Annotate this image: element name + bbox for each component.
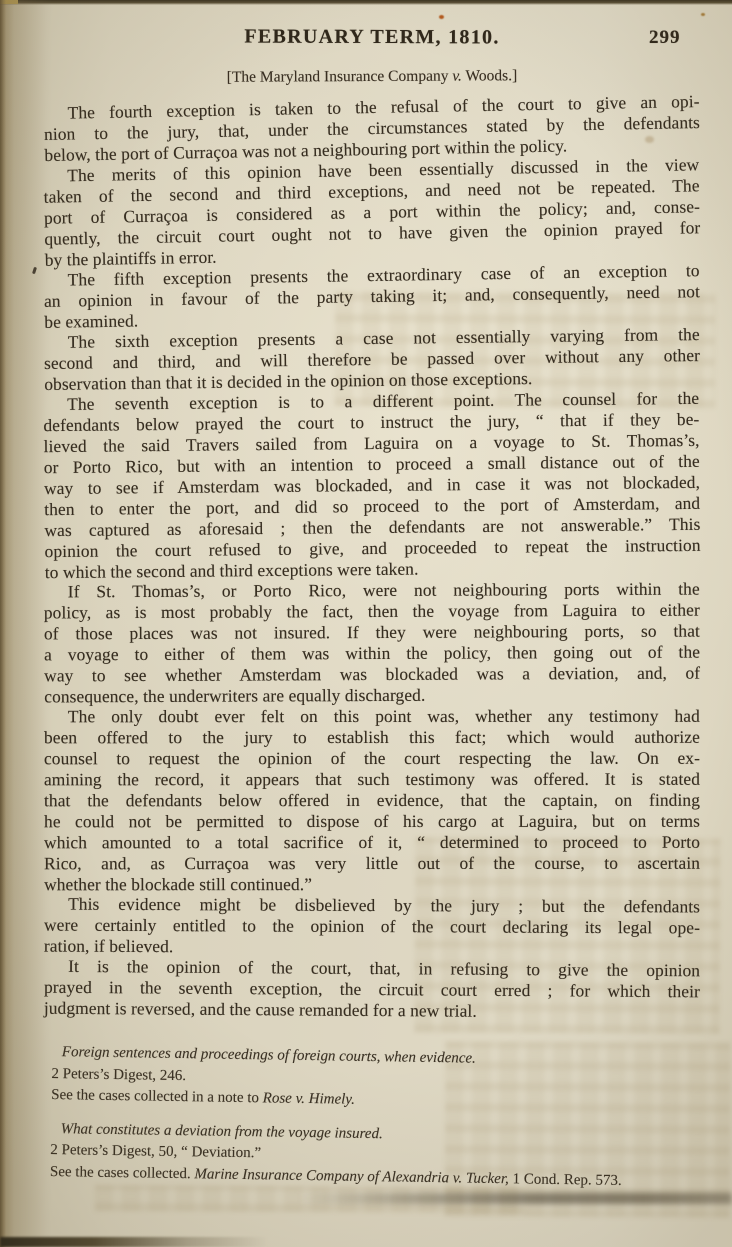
scanned-book-page: FEBRUARY TERM, 1810. 299 [The Maryland I… xyxy=(0,0,732,1247)
running-head-term: FEBRUARY TERM, 1810. xyxy=(44,25,700,50)
text-line: which amounted to a total sacrifice of i… xyxy=(44,832,700,854)
text-line: whether the blockade still continued.” xyxy=(44,874,700,896)
text-line: that the defendants below offered in evi… xyxy=(44,790,700,812)
paragraph: The sixth exception presents a case not … xyxy=(44,324,701,395)
paragraph: The fourth exception is taken to the ref… xyxy=(43,91,700,166)
text-line: way to see whether Amsterdam was blockad… xyxy=(44,663,700,687)
case-caption-prefix: [The Maryland Insurance Company xyxy=(227,68,453,86)
footnote-segment: 2 Peters’s Digest, 50, “ Deviation.” xyxy=(50,1142,261,1161)
text-line: consequence, the underwriters are equall… xyxy=(44,684,700,708)
text-line: If St. Thomas’s, or Porto Rico, were not… xyxy=(44,579,700,603)
paragraph: If St. Thomas’s, or Porto Rico, were not… xyxy=(44,579,701,708)
text-line: counsel to request the opinion of the co… xyxy=(44,748,700,770)
footnote-segment: 1 Cond. Rep. 573. xyxy=(509,1171,622,1189)
footnote-group: Foreign sentences and proceedings of for… xyxy=(51,1042,716,1117)
page-bottom-left-dark-band xyxy=(0,1237,268,1247)
opinion-body: The fourth exception is taken to the ref… xyxy=(44,97,700,1021)
paragraph: It is the opinion of the court, that, in… xyxy=(44,956,700,1024)
text-line: he could not be permitted to dispose of … xyxy=(44,811,700,833)
ink-speck xyxy=(701,13,705,16)
footnote-segment: See the cases collected. xyxy=(50,1163,195,1181)
text-line: Rico, and, as Curraçoa was very little o… xyxy=(44,853,700,875)
text-line: This evidence might be disbelieved by th… xyxy=(44,894,700,918)
footnote-segment: 2 Peters’s Digest, 246. xyxy=(51,1065,186,1083)
page-top-edge xyxy=(0,0,732,5)
paragraph: The fifth exception presents the extraor… xyxy=(44,260,701,333)
paragraph: The seventh exception is to a different … xyxy=(43,388,701,583)
footnote-group: What constitutes a deviation from the vo… xyxy=(50,1118,715,1193)
footnote-segment: Marine Insurance Company of Alexandria v… xyxy=(194,1166,509,1187)
case-caption-versus: v. xyxy=(452,68,462,85)
text-line: been offered to the jury to establish th… xyxy=(44,727,700,749)
case-caption-suffix: Woods.] xyxy=(462,67,517,84)
text-line: a voyage to either of them was within th… xyxy=(44,642,700,666)
footnotes: Foreign sentences and proceedings of for… xyxy=(50,1042,716,1205)
text-line: of those places was not insured. If they… xyxy=(44,621,700,645)
case-caption: [The Maryland Insurance Company v. Woods… xyxy=(44,66,700,87)
text-line: amining the record, it appears that such… xyxy=(44,769,700,791)
page-number: 299 xyxy=(649,27,681,49)
ink-speck xyxy=(439,15,444,19)
paragraph: The only doubt ever felt on this point w… xyxy=(44,706,700,896)
paragraph: This evidence might be disbelieved by th… xyxy=(44,894,700,960)
paragraph: The merits of this opinion have been ess… xyxy=(43,154,701,270)
text-line: policy, as is most probably the fact, th… xyxy=(44,600,700,624)
text-line: were certainly entitled to the opinion o… xyxy=(44,915,700,939)
footnote-segment: What constitutes a deviation from the vo… xyxy=(61,1121,383,1142)
footnote-segment: Foreign sentences and proceedings of for… xyxy=(62,1044,476,1067)
footnote-segment: Rose v. Himely. xyxy=(263,1090,355,1107)
footnote-segment: See the cases collected in a note to xyxy=(51,1087,263,1106)
text-line: The only doubt ever felt on this point w… xyxy=(44,706,700,728)
